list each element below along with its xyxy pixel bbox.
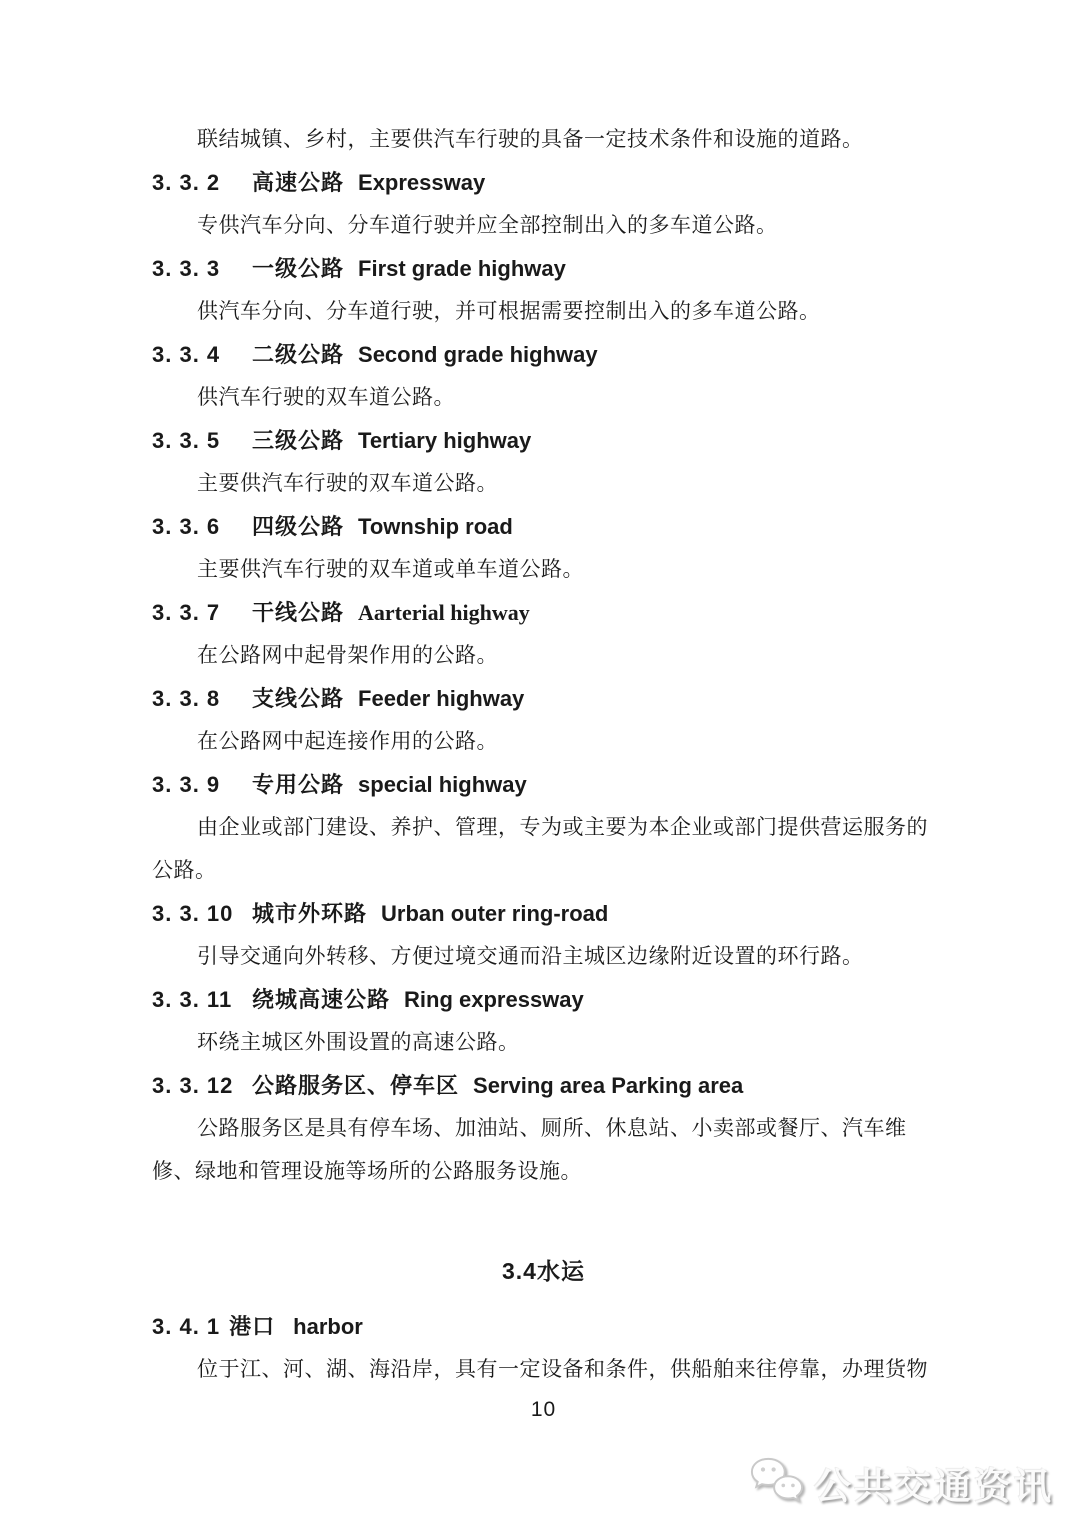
- term-english: Urban outer ring-road: [381, 901, 608, 926]
- term-english: harbor: [293, 1314, 363, 1339]
- term-english: Ring expressway: [404, 987, 584, 1012]
- term-english: special highway: [358, 772, 527, 797]
- term-heading: 3. 3. 9专用公路special highway: [152, 763, 935, 806]
- document-page: 联结城镇、乡村，主要供汽车行驶的具备一定技术条件和设施的道路。 3. 3. 2高…: [0, 0, 1080, 1425]
- term-heading: 3. 3. 2高速公路Expressway: [152, 161, 935, 204]
- term-chinese: 一级公路: [252, 256, 344, 281]
- term-definition: 供汽车行驶的双车道公路。: [152, 376, 935, 419]
- term-number: 3. 3. 6: [152, 505, 252, 548]
- term-entry: 3. 3. 6四级公路Township road 主要供汽车行驶的双车道或单车道…: [152, 505, 935, 591]
- term-number: 3. 3. 10: [152, 892, 252, 935]
- term-definition: 专供汽车分向、分车道行驶并应全部控制出入的多车道公路。: [152, 204, 935, 247]
- term-entry: 3. 3. 2高速公路Expressway 专供汽车分向、分车道行驶并应全部控制…: [152, 161, 935, 247]
- term-chinese: 专用公路: [252, 772, 344, 797]
- term-heading: 3. 3. 7干线公路Aarterial highway: [152, 591, 935, 634]
- term-chinese: 三级公路: [252, 428, 344, 453]
- term-heading: 3. 3. 6四级公路Township road: [152, 505, 935, 548]
- page-number: 10: [152, 1395, 935, 1425]
- term-definition: 公路服务区是具有停车场、加油站、厕所、休息站、小卖部或餐厅、汽车维修、绿地和管理…: [152, 1107, 935, 1193]
- term-heading: 3. 3. 10城市外环路Urban outer ring-road: [152, 892, 935, 935]
- term-chinese: 二级公路: [252, 342, 344, 367]
- term-definition: 主要供汽车行驶的双车道或单车道公路。: [152, 548, 935, 591]
- term-entry: 3. 3. 3一级公路First grade highway 供汽车分向、分车道…: [152, 247, 935, 333]
- term-chinese: 城市外环路: [252, 901, 367, 926]
- term-number: 3. 3. 4: [152, 333, 252, 376]
- term-definition: 供汽车分向、分车道行驶，并可根据需要控制出入的多车道公路。: [152, 290, 935, 333]
- term-english: Tertiary highway: [358, 428, 531, 453]
- term-definition: 在公路网中起连接作用的公路。: [152, 720, 935, 763]
- term-entry: 3. 3. 11绕城高速公路Ring expressway 环绕主城区外围设置的…: [152, 978, 935, 1064]
- term-heading: 3. 3. 11绕城高速公路Ring expressway: [152, 978, 935, 1021]
- term-entry: 3. 3. 4二级公路Second grade highway 供汽车行驶的双车…: [152, 333, 935, 419]
- term-english: First grade highway: [358, 256, 566, 281]
- term-heading: 3. 3. 8支线公路Feeder highway: [152, 677, 935, 720]
- term-number: 3. 3. 9: [152, 763, 252, 806]
- term-entry: 3. 3. 5三级公路Tertiary highway 主要供汽车行驶的双车道公…: [152, 419, 935, 505]
- term-entry: 3. 3. 9专用公路special highway 由企业或部门建设、养护、管…: [152, 763, 935, 892]
- term-definition: 由企业或部门建设、养护、管理，专为或主要为本企业或部门提供营运服务的公路。: [152, 806, 935, 892]
- term-heading: 3. 3. 5三级公路Tertiary highway: [152, 419, 935, 462]
- term-heading: 3. 4. 1港口harbor: [152, 1305, 935, 1348]
- term-number: 3. 3. 7: [152, 591, 252, 634]
- term-number: 3. 3. 8: [152, 677, 252, 720]
- term-definition: 引导交通向外转移、方便过境交通而沿主城区边缘附近设置的环行路。: [152, 935, 935, 978]
- term-chinese: 港口: [229, 1314, 275, 1339]
- term-english: Expressway: [358, 170, 485, 195]
- term-chinese: 公路服务区、停车区: [252, 1073, 459, 1098]
- term-number: 3. 3. 3: [152, 247, 252, 290]
- term-chinese: 绕城高速公路: [252, 987, 390, 1012]
- term-heading: 3. 3. 12公路服务区、停车区Serving area Parking ar…: [152, 1064, 935, 1107]
- term-number: 3. 3. 12: [152, 1064, 252, 1107]
- term-definition: 主要供汽车行驶的双车道公路。: [152, 462, 935, 505]
- term-heading: 3. 3. 4二级公路Second grade highway: [152, 333, 935, 376]
- terms-list: 3. 3. 2高速公路Expressway 专供汽车分向、分车道行驶并应全部控制…: [152, 161, 935, 1193]
- term-english: Second grade highway: [358, 342, 598, 367]
- term-entry: 3. 3. 8支线公路Feeder highway 在公路网中起连接作用的公路。: [152, 677, 935, 763]
- term-chinese: 四级公路: [252, 514, 344, 539]
- term-chinese: 干线公路: [252, 600, 344, 625]
- watermark-label: 公共交通资讯: [814, 1456, 1054, 1510]
- term-english: Feeder highway: [358, 686, 524, 711]
- term-entry: 3. 3. 7干线公路Aarterial highway 在公路网中起骨架作用的…: [152, 591, 935, 677]
- term-heading: 3. 3. 3一级公路First grade highway: [152, 247, 935, 290]
- watermark: 公共交通资讯: [748, 1455, 1054, 1511]
- term-number: 3. 3. 2: [152, 161, 252, 204]
- term-entry: 3. 3. 12公路服务区、停车区Serving area Parking ar…: [152, 1064, 935, 1193]
- term-entry-harbor: 3. 4. 1港口harbor 位于江、河、湖、海沿岸，具有一定设备和条件，供船…: [152, 1305, 935, 1391]
- term-english: Serving area Parking area: [473, 1073, 743, 1098]
- term-number: 3. 3. 5: [152, 419, 252, 462]
- term-number: 3. 4. 1: [152, 1305, 220, 1348]
- term-definition: 在公路网中起骨架作用的公路。: [152, 634, 935, 677]
- term-entry: 3. 3. 10城市外环路Urban outer ring-road 引导交通向…: [152, 892, 935, 978]
- intro-paragraph: 联结城镇、乡村，主要供汽车行驶的具备一定技术条件和设施的道路。: [152, 118, 935, 161]
- section-title: 3.4水运: [152, 1250, 935, 1293]
- term-definition: 位于江、河、湖、海沿岸，具有一定设备和条件，供船舶来往停靠，办理货物: [152, 1348, 935, 1391]
- term-english: Township road: [358, 514, 513, 539]
- term-chinese: 支线公路: [252, 686, 344, 711]
- wechat-icon: [748, 1455, 806, 1511]
- term-number: 3. 3. 11: [152, 978, 252, 1021]
- term-english: Aarterial highway: [358, 600, 530, 625]
- term-chinese: 高速公路: [252, 170, 344, 195]
- term-definition: 环绕主城区外围设置的高速公路。: [152, 1021, 935, 1064]
